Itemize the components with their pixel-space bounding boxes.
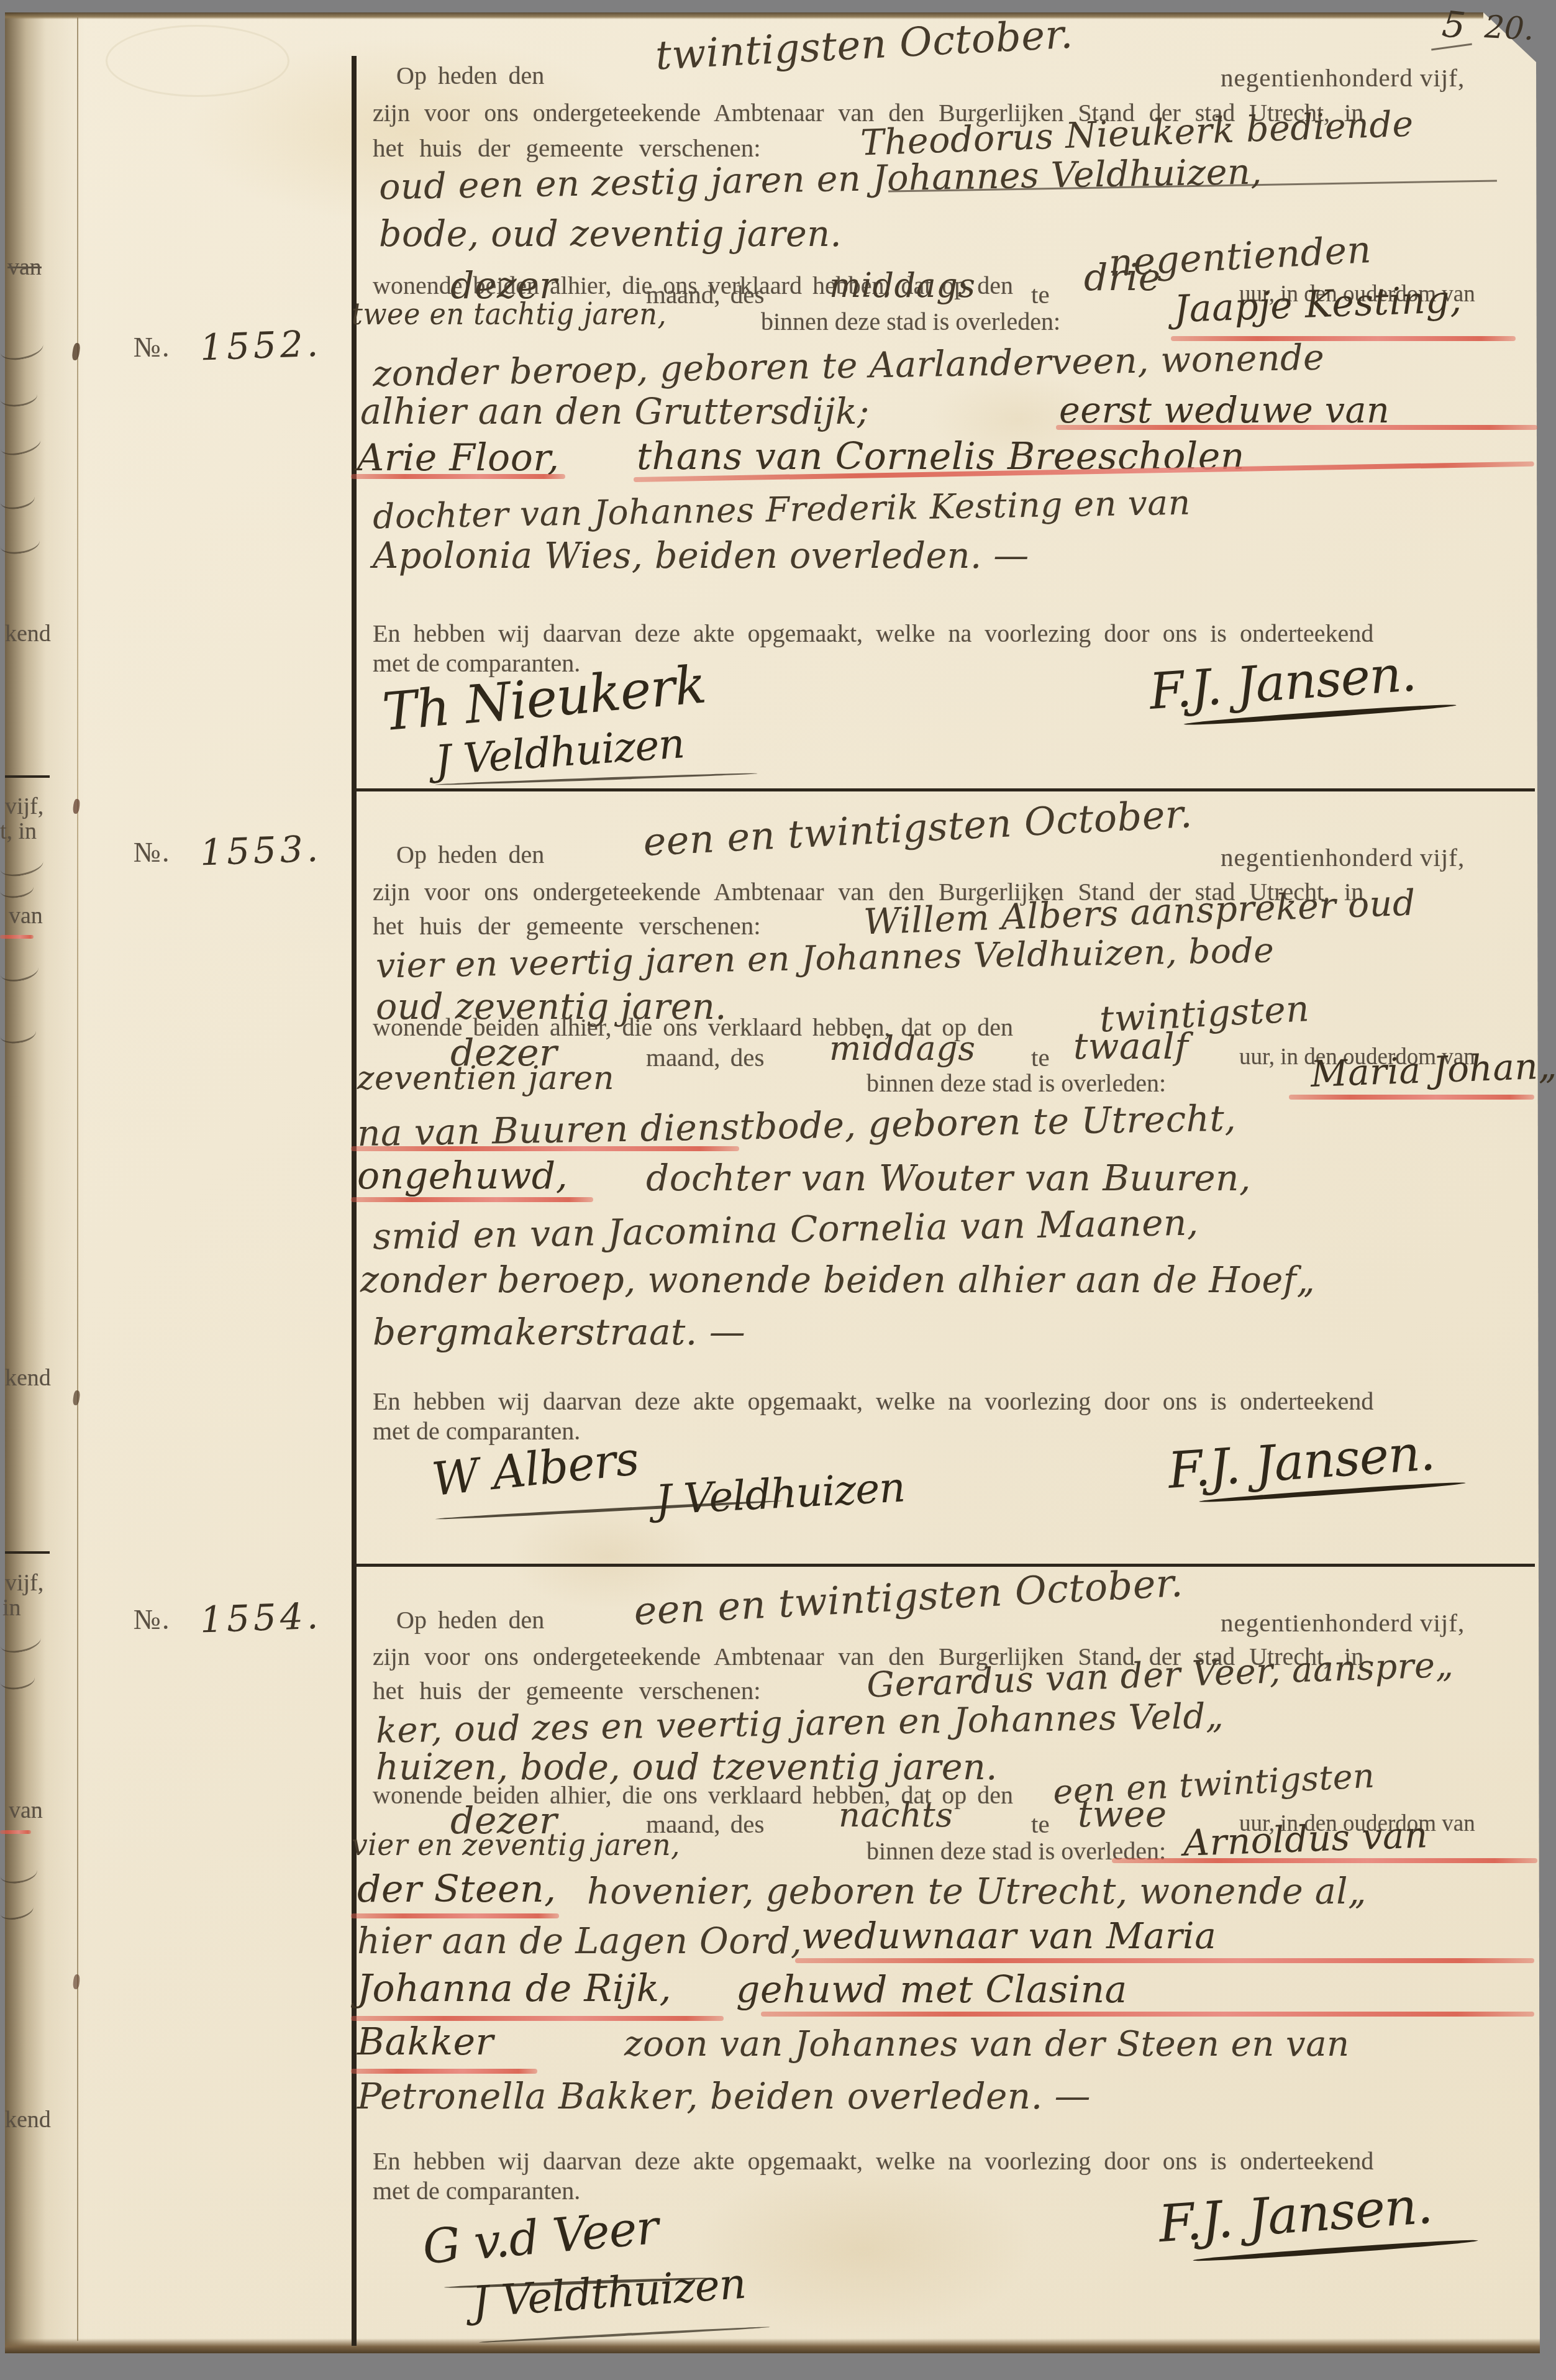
handwritten-detail: weduwnaar van Maria [801, 1915, 1216, 1957]
printed-closing: En hebben wij daarvan deze akte opgemaak… [373, 1387, 1373, 1416]
record-number: 1552. [199, 322, 322, 369]
record-divider [354, 788, 1535, 791]
red-underline [1112, 1858, 1537, 1863]
sliver-fragment: van [9, 1797, 43, 1824]
printed-verschenen: het huis der gemeente verschenen: [373, 133, 761, 163]
printed-te: te [1031, 1809, 1050, 1839]
printed-maand-des: maand, des [646, 1042, 764, 1072]
printed-te: te [1031, 1042, 1050, 1072]
red-underline [351, 1146, 739, 1151]
sliver-fragment: kend [5, 620, 51, 647]
record-number: 1553. [199, 828, 322, 874]
handwritten-detail: zonder beroep, wonende beiden alhier aan… [360, 1260, 1315, 1301]
red-underline [351, 2069, 537, 2074]
handwritten-appearer: bode, oud zeventig jaren. [379, 214, 842, 255]
printed-verschenen: het huis der gemeente verschenen: [373, 1676, 761, 1705]
handwritten-hour: drie [1084, 256, 1161, 299]
printed-op-heden: Op heden den [396, 1605, 544, 1635]
page-number: 20. [1484, 9, 1535, 47]
red-underline [761, 2012, 1534, 2017]
record-no-label: №. [134, 836, 170, 869]
printed-overleden: binnen deze stad is overleden: [761, 307, 1060, 336]
folio-mark: 5 [1440, 2, 1468, 47]
sliver-fragment: in [2, 1594, 21, 1621]
printed-closing: En hebben wij daarvan deze akte opgemaak… [373, 2146, 1373, 2176]
handwritten-detail: alhier aan den Gruttersdijk; [360, 391, 870, 432]
printed-overleden: binnen deze stad is overleden: [867, 1069, 1166, 1098]
embossed-stamp [106, 25, 289, 97]
handwritten-hour: twaalf [1073, 1025, 1188, 1067]
handwritten-daypart: nachts [839, 1795, 953, 1835]
binding-shadow [5, 12, 86, 2353]
sliver-red-underline [0, 935, 34, 939]
handwritten-detail: Bakker [357, 2020, 494, 2064]
printed-op-heden: Op heden den [396, 61, 544, 90]
deceased-name: Arnoldus van [1183, 1813, 1429, 1864]
printed-year: negentienhonderd vijf, [1221, 1608, 1465, 1638]
printed-te: te [1031, 280, 1050, 309]
red-underline [1289, 1095, 1534, 1100]
handwritten-detail: Johanna de Rijk, [357, 1967, 671, 2010]
register-scan: 5 20. van kend vijf, t, in van kend vijf… [0, 0, 1556, 2380]
handwritten-detail: hier aan de Lagen Oord, [357, 1921, 802, 1962]
record-number: 1554. [199, 1595, 322, 1641]
sliver-fragment: vijf, [5, 793, 43, 820]
gutter-fold-line [77, 17, 78, 2341]
red-underline [795, 1958, 1534, 1963]
sliver-fragment: vijf, [5, 1569, 43, 1597]
sliver-fragment: van [7, 253, 42, 281]
handwritten-age: vier en zeventig jaren, [352, 1828, 680, 1863]
handwritten-detail: zoon van Johannes van der Steen en van [624, 2024, 1350, 2064]
sliver-fragment: t, in [0, 818, 37, 845]
sliver-fragment: van [9, 902, 43, 929]
printed-year: negentienhonderd vijf, [1221, 63, 1465, 93]
handwritten-age: zeventien jaren [357, 1060, 614, 1097]
handwritten-detail: dochter van Wouter van Buuren, [646, 1157, 1251, 1199]
page-top-edge [5, 12, 1483, 19]
sliver-red-underline [0, 1830, 31, 1834]
handwritten-detail: bergmakerstraat. — [373, 1311, 745, 1353]
handwritten-age: twee en tachtig jaren, [352, 297, 667, 332]
handwritten-detail: hovenier, geboren te Utrecht, wonende al… [587, 1871, 1367, 1912]
red-underline [351, 1913, 559, 1918]
red-underline [1056, 425, 1537, 430]
handwritten-detail: ongehuwd, [357, 1154, 568, 1198]
deceased-name: Maria Johan„ [1310, 1044, 1556, 1095]
printed-year: negentienhonderd vijf, [1221, 842, 1465, 872]
handwritten-detail: gehuwd met Clasina [736, 1968, 1127, 2012]
printed-op-heden: Op heden den [396, 840, 544, 869]
sliver-fragment: kend [5, 1364, 51, 1392]
handwritten-detail: Arie Floor, [357, 436, 560, 480]
printed-closing: En hebben wij daarvan deze akte opgemaak… [373, 619, 1373, 648]
handwritten-detail: Apolonia Wies, beiden overleden. — [373, 536, 1029, 577]
handwritten-detail: der Steen, [357, 1867, 557, 1911]
red-underline [351, 1197, 593, 1202]
record-divider [354, 1564, 1535, 1567]
printed-verschenen: het huis der gemeente verschenen: [373, 911, 761, 941]
handwritten-hour: twee [1078, 1793, 1167, 1835]
handwritten-daypart: middags [829, 1029, 976, 1068]
printed-closing: met de comparanten. [373, 2176, 580, 2205]
sliver-record-divider [5, 1551, 50, 1554]
handwritten-detail: Petronella Bakker, beiden overleden. — [357, 2075, 1091, 2117]
record-no-label: №. [134, 331, 170, 363]
sliver-record-divider [5, 775, 50, 778]
handwritten-daypart: middags [829, 266, 976, 305]
red-underline [351, 474, 565, 479]
sliver-fragment: kend [5, 2106, 51, 2133]
page-bottom-edge [5, 2338, 1540, 2353]
record-no-label: №. [134, 1603, 170, 1636]
